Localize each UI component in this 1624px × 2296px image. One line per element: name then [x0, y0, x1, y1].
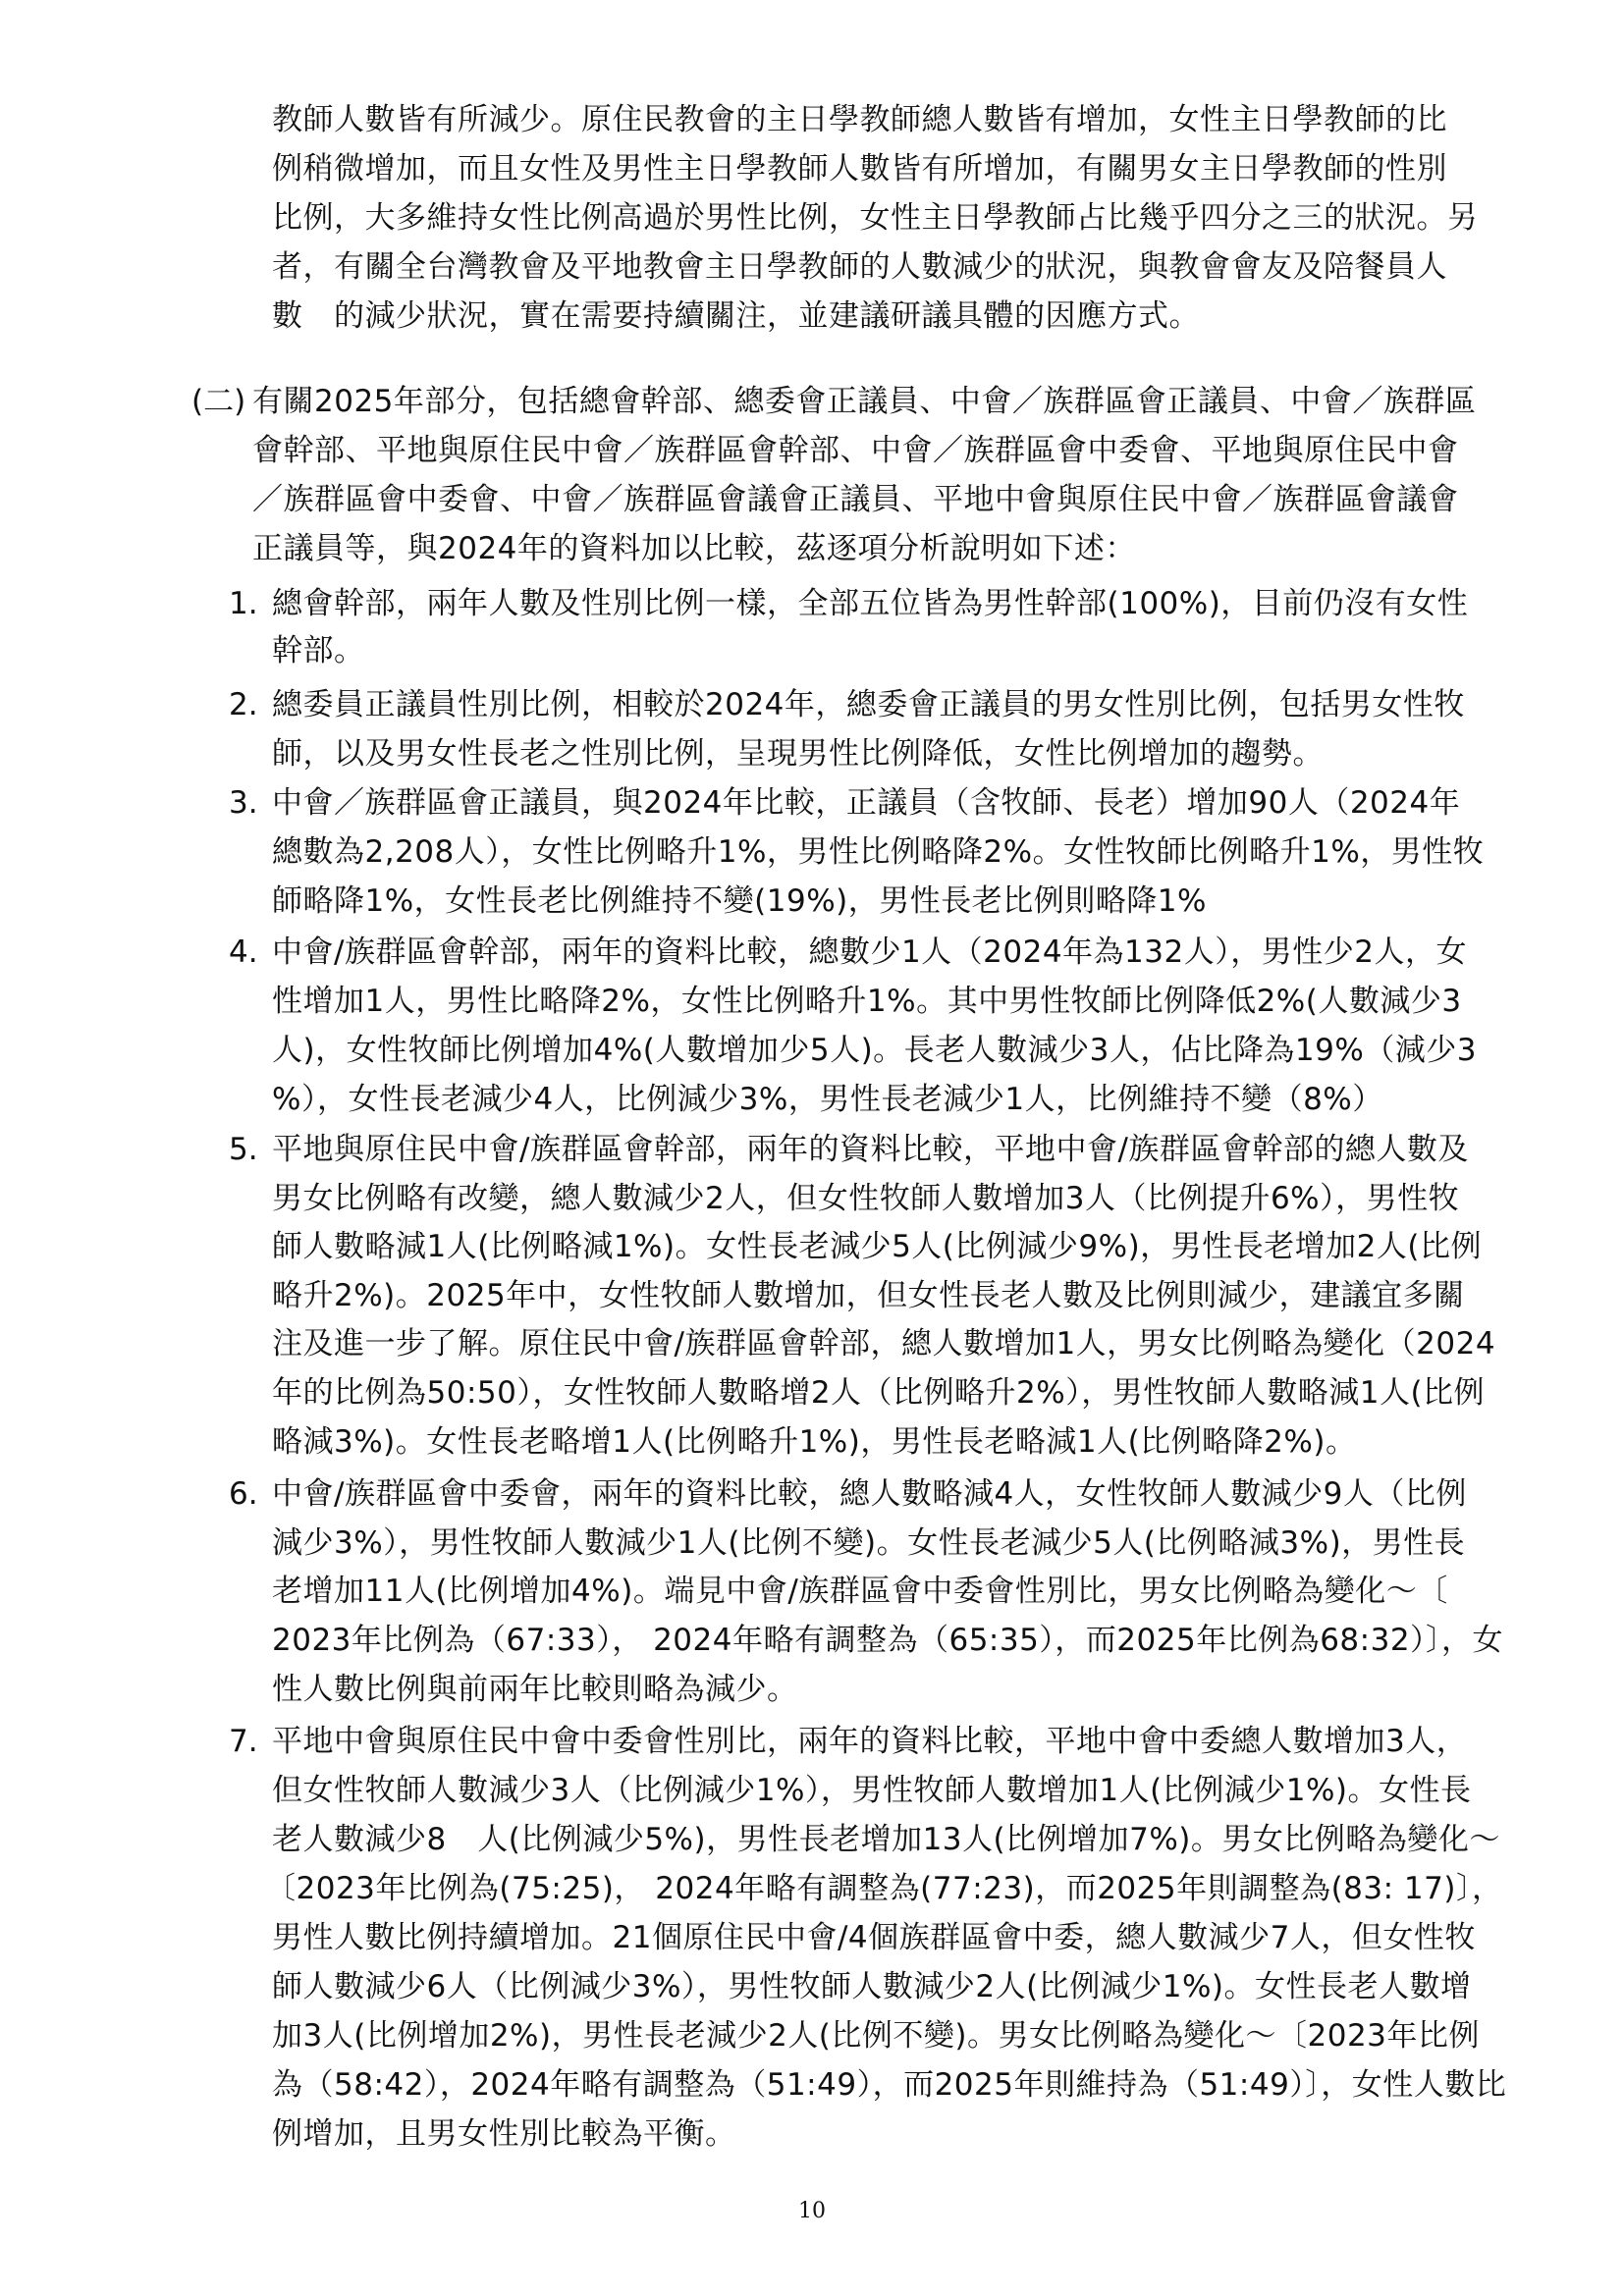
document-page: 教師人數皆有所減少。原住民教會的主日學教師總人數皆有增加，女性主日學教師的比 例…	[0, 0, 1624, 2296]
item-line: %），女性長老減少4人，比例減少3%，男性長老減少1人，比例維持不變（8%）	[272, 1082, 1383, 1117]
item-line: 人)，女性牧師比例增加4%(人數增加少5人)。長老人數減少3人，佔比降為19%（…	[272, 1033, 1477, 1068]
item-line: 注及進一步了解。原住民中會/族群區會幹部，總人數增加1人，男女比例略為變化（20…	[272, 1326, 1495, 1362]
item-number: 6.	[229, 1476, 258, 1512]
item-number: 5.	[229, 1132, 258, 1167]
section-marker: (二)	[191, 384, 245, 419]
intro-line-4: 者，有關全台灣教會及平地教會主日學教師的人數減少的狀況，與教會會友及陪餐員人	[272, 249, 1447, 285]
item-line: 年的比例為50:50），女性牧師人數略增2人（比例略升2%），男性牧師人數略減1…	[272, 1375, 1485, 1411]
item-line: 減少3%），男性牧師人數減少1人(比例不變)。女性長老減少5人(比例略減3%)，…	[272, 1525, 1465, 1561]
section-line-2: 會幹部、平地與原住民中會／族群區會幹部、中會／族群區會中委會、平地與原住民中會	[252, 433, 1459, 468]
item-line: 但女性牧師人數減少3人（比例減少1%），男性牧師人數增加1人(比例減少1%)。女…	[272, 1773, 1472, 1808]
intro-line-1: 教師人數皆有所減少。原住民教會的主日學教師總人數皆有增加，女性主日學教師的比	[272, 102, 1447, 137]
item-line: 男女比例略有改變，總人數減少2人，但女性牧師人數增加3人（比例提升6%），男性牧	[272, 1181, 1459, 1216]
intro-line-5: 數 的減少狀況，實在需要持續關注，並建議研議具體的因應方式。	[272, 298, 1200, 334]
item-line: 老人數減少8 人(比例減少5%)，男性長老增加13人(比例增加7%)。男女比例略…	[272, 1822, 1500, 1857]
item-line: 為（58:42），2024年略有調整為（51:49），而2025年則維持為（51…	[272, 2067, 1506, 2103]
item-line: 幹部。	[272, 633, 365, 668]
item-line: 男性人數比例持續增加。21個原住民中會/4個族群區會中委，總人數減少7人，但女性…	[272, 1920, 1476, 1955]
item-line: 略減3%)。女性長老略增1人(比例略升1%)，男性長老略減1人(比例略降2%)。	[272, 1424, 1356, 1460]
section-line-3: ／族群區會中委會、中會／族群區會議會正議員、平地中會與原住民中會／族群區會議會	[252, 482, 1459, 517]
intro-line-2: 例稍微增加，而且女性及男性主日學教師人數皆有所增加，有關男女主日學教師的性別	[272, 151, 1447, 187]
intro-line-3: 比例，大多維持女性比例高過於男性比例，女性主日學教師占比幾乎四分之三的狀況。另	[272, 200, 1479, 236]
item-line: 平地中會與原住民中會中委會性別比，兩年的資料比較，平地中會中委總人數增加3人，	[272, 1724, 1467, 1759]
item-line: 總委員正議員性別比例，相較於2024年，總委會正議員的男女性別比例，包括男女性牧	[272, 687, 1465, 722]
item-number: 1.	[229, 586, 258, 621]
item-line: 總數為2,208人），女性比例略升1%，男性比例略降2%。女性牧師比例略升1%，…	[272, 834, 1484, 870]
item-number: 3.	[229, 785, 258, 821]
item-line: 略升2%)。2025年中，女性牧師人數增加，但女性長老人數及比例則減少，建議宜多…	[272, 1278, 1465, 1313]
item-line: 2023年比例為（67:33）， 2024年略有調整為（65:35），而2025…	[272, 1623, 1503, 1658]
item-line: 總會幹部，兩年人數及性別比例一樣，全部五位皆為男性幹部(100%)，目前仍沒有女…	[272, 586, 1468, 621]
item-line: 師人數減少6人（比例減少3%），男性牧師人數減少2人(比例減少1%)。女性長老人…	[272, 1969, 1472, 2004]
item-line: 性增加1人，男性比略降2%，女性比例略升1%。其中男性牧師比例降低2%(人數減少…	[272, 984, 1462, 1019]
section-line-1: 有關2025年部分，包括總會幹部、總委會正議員、中會／族群區會正議員、中會／族群…	[252, 384, 1476, 419]
item-line: 師人數略減1人(比例略減1%)。女性長老減少5人(比例減少9%)，男性長老增加2…	[272, 1229, 1482, 1264]
item-line: 〔2023年比例為(75:25)， 2024年略有調整為(77:23)，而202…	[265, 1871, 1502, 1906]
item-number: 2.	[229, 687, 258, 722]
item-number: 7.	[229, 1724, 258, 1759]
item-line: 師，以及男女性長老之性別比例，呈現男性比例降低，女性比例增加的趨勢。	[272, 736, 1324, 772]
item-line: 加3人(比例增加2%)，男性長老減少2人(比例不變)。男女比例略為變化～〔202…	[272, 2018, 1480, 2054]
item-line: 平地與原住民中會/族群區會幹部，兩年的資料比較，平地中會/族群區會幹部的總人數及	[272, 1132, 1469, 1167]
item-line: 師略降1%，女性長老比例維持不變(19%)，男性長老比例則略降1%	[272, 883, 1207, 919]
item-line: 中會/族群區會中委會，兩年的資料比較，總人數略減4人，女性牧師人數減少9人（比例	[272, 1476, 1467, 1512]
item-line: 中會／族群區會正議員，與2024年比較，正議員（含牧師、長老）增加90人（202…	[272, 785, 1460, 821]
page-number: 10	[0, 2199, 1624, 2224]
item-number: 4.	[229, 934, 258, 970]
section-line-4: 正議員等，與2024年的資料加以比較，茲逐項分析說明如下述：	[252, 531, 1136, 566]
item-line: 中會/族群區會幹部，兩年的資料比較，總數少1人（2024年為132人），男性少2…	[272, 934, 1467, 970]
item-line: 老增加11人(比例增加4%)。端見中會/族群區會中委會性別比，男女比例略為變化～…	[272, 1574, 1448, 1609]
item-line: 例增加，且男女性別比較為平衡。	[272, 2116, 736, 2152]
item-line: 性人數比例與前兩年比較則略為減少。	[272, 1672, 798, 1707]
